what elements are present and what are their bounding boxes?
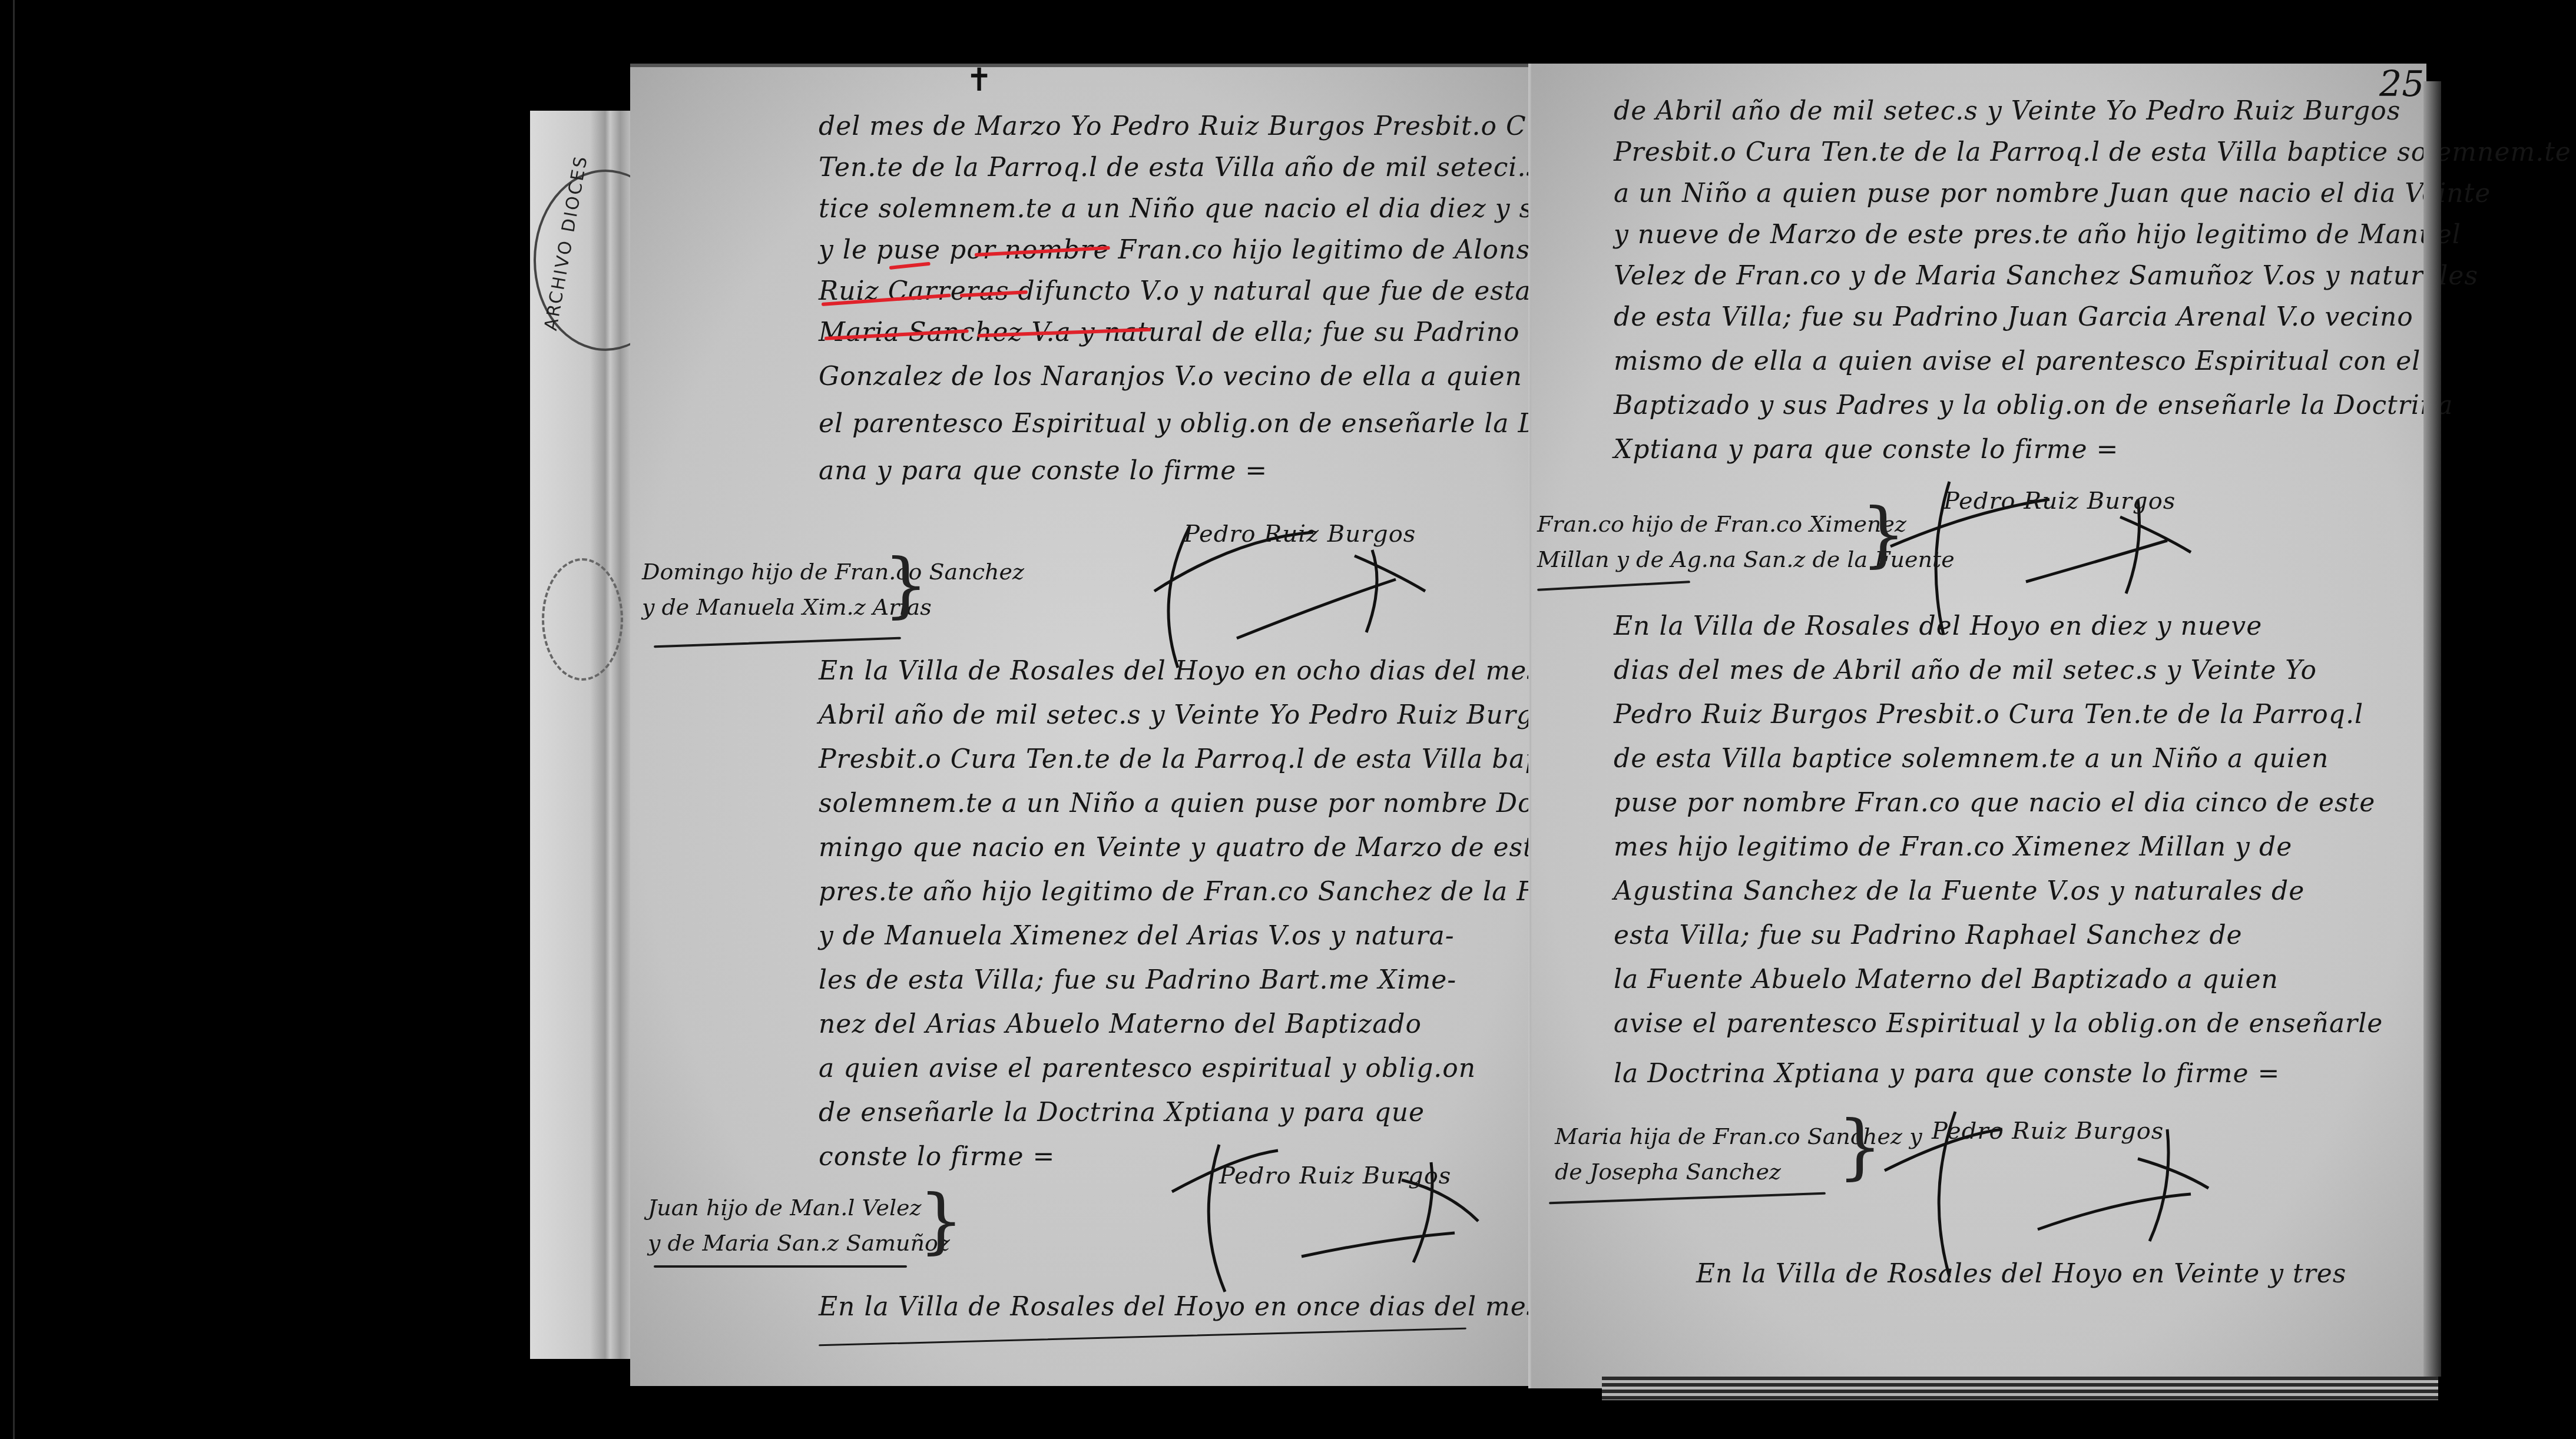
margin-rule xyxy=(1549,1192,1826,1204)
margin-note: de Josepha Sanchez xyxy=(1555,1159,1781,1185)
signature-text: Pedro Ruiz Burgos xyxy=(1184,520,1416,548)
text-line: Pedro Ruiz Burgos Presbit.o Cura Ten.te … xyxy=(1614,699,2363,730)
margin-brace: } xyxy=(1837,1112,1882,1182)
text-line: Velez de Fran.co y de Maria Sanchez Samu… xyxy=(1614,261,2478,291)
text-line: En la Villa de Rosales del Hoyo en Veint… xyxy=(1696,1259,2346,1289)
text-line: pres.te año hijo legitimo de Fran.co San… xyxy=(819,877,1613,907)
margin-note: Domingo hijo de Fran.co Sanchez xyxy=(642,559,1024,585)
text-line: esta Villa; fue su Padrino Raphael Sanch… xyxy=(1614,920,2243,950)
text-line: la Doctrina Xptiana y para que conste lo… xyxy=(1614,1059,2280,1089)
text-line: Xptiana y para que conste lo firme = xyxy=(1614,435,2118,465)
text-line: Abril año de mil setec.s y Veinte Yo Ped… xyxy=(819,700,1564,730)
text-line: En la Villa de Rosales del Hoyo en ocho … xyxy=(819,656,1582,686)
text-line: y le puse por nombre Fran.co hijo legiti… xyxy=(819,235,1637,265)
left-page: ✝ del mes de Marzo Yo Pedro Ruiz Burgos … xyxy=(630,64,1537,1386)
text-line: mes hijo legitimo de Fran.co Ximenez Mil… xyxy=(1614,832,2292,862)
text-line: avise el parentesco Espiritual y la obli… xyxy=(1614,1009,2383,1039)
margin-note: y de Maria San.z Samuñoz xyxy=(648,1230,950,1256)
manuscript-book: ARCHIVO DIOCES ✝ del mes de Marzo Yo Ped… xyxy=(530,64,2474,1418)
margin-note: Juan hijo de Man.l Velez xyxy=(648,1195,922,1221)
text-line: ana y para que conste lo firme = xyxy=(819,456,1267,486)
text-line: Baptizado y sus Padres y la oblig.on de … xyxy=(1614,390,2453,420)
closing-rule xyxy=(819,1328,1466,1347)
faded-stamp-icon xyxy=(542,558,623,681)
text-line: puse por nombre Fran.co que nacio el dia… xyxy=(1614,788,2375,818)
text-line: dias del mes de Abril año de mil setec.s… xyxy=(1614,655,2317,685)
margin-brace: } xyxy=(883,550,928,621)
right-binding-edge xyxy=(2423,81,2441,1377)
signature-pedro-ruiz-burgos xyxy=(1148,1127,1502,1304)
margin-rule xyxy=(654,1265,907,1268)
text-line: del mes de Marzo Yo Pedro Ruiz Burgos Pr… xyxy=(819,111,1572,141)
text-line: En la Villa de Rosales del Hoyo en diez … xyxy=(1614,611,2262,641)
signature-text: Pedro Ruiz Burgos xyxy=(1219,1162,1451,1189)
text-line: de Abril año de mil setec.s y Veinte Yo … xyxy=(1614,96,2400,126)
fore-edge-strip: ARCHIVO DIOCES xyxy=(530,111,630,1359)
text-line: Agustina Sanchez de la Fuente V.os y nat… xyxy=(1614,876,2305,906)
margin-brace: } xyxy=(919,1186,963,1256)
margin-note: Fran.co hijo de Fran.co Ximenez xyxy=(1537,511,1906,537)
signature-text: Pedro Ruiz Burgos xyxy=(1943,488,2176,515)
text-line: de enseñarle la Doctrina Xptiana y para … xyxy=(819,1098,1425,1128)
margin-rule xyxy=(1537,581,1690,591)
text-line: a un Niño a quien puse por nombre Juan q… xyxy=(1614,178,2491,208)
text-line: y nueve de Marzo de este pres.te año hij… xyxy=(1614,220,2461,250)
text-line: la Fuente Abuelo Materno del Baptizado a… xyxy=(1614,964,2279,994)
margin-brace: } xyxy=(1861,499,1906,570)
text-line: solemnem.te a un Niño a quien puse por n… xyxy=(819,788,1543,818)
text-line: a quien avise el parentesco espiritual y… xyxy=(819,1053,1476,1083)
margin-rule xyxy=(654,637,901,648)
page-stack-edge xyxy=(1602,1377,2438,1400)
text-line: Gonzalez de los Naranjos V.o vecino de e… xyxy=(819,362,1601,392)
cross-icon: ✝ xyxy=(966,61,992,98)
text-line: nez del Arias Abuelo Materno del Baptiza… xyxy=(819,1009,1422,1039)
scan-viewer: ARCHIVO DIOCES ✝ del mes de Marzo Yo Ped… xyxy=(0,0,2576,1439)
text-line: En la Villa de Rosales del Hoyo en once … xyxy=(819,1292,1540,1322)
text-line: mismo de ella a quien avise el parentesc… xyxy=(1614,346,2421,376)
text-line: de esta Villa; fue su Padrino Juan Garci… xyxy=(1614,302,2413,332)
scan-edge-line xyxy=(13,0,15,1439)
text-line: y de Manuela Ximenez del Arias V.os y na… xyxy=(819,921,1455,951)
signature-text: Pedro Ruiz Burgos xyxy=(1932,1118,2164,1145)
text-line: Presbit.o Cura Ten.te de la Parroq.l de … xyxy=(819,744,1593,774)
right-page: 25 de Abril año de mil setec.s y Veinte … xyxy=(1531,64,2426,1388)
text-line: mingo que nacio en Veinte y quatro de Ma… xyxy=(819,833,1550,863)
text-line: les de esta Villa; fue su Padrino Bart.m… xyxy=(819,965,1456,995)
text-line: conste lo firme = xyxy=(819,1142,1055,1172)
text-line: de esta Villa baptice solemnem.te a un N… xyxy=(1614,744,2329,774)
